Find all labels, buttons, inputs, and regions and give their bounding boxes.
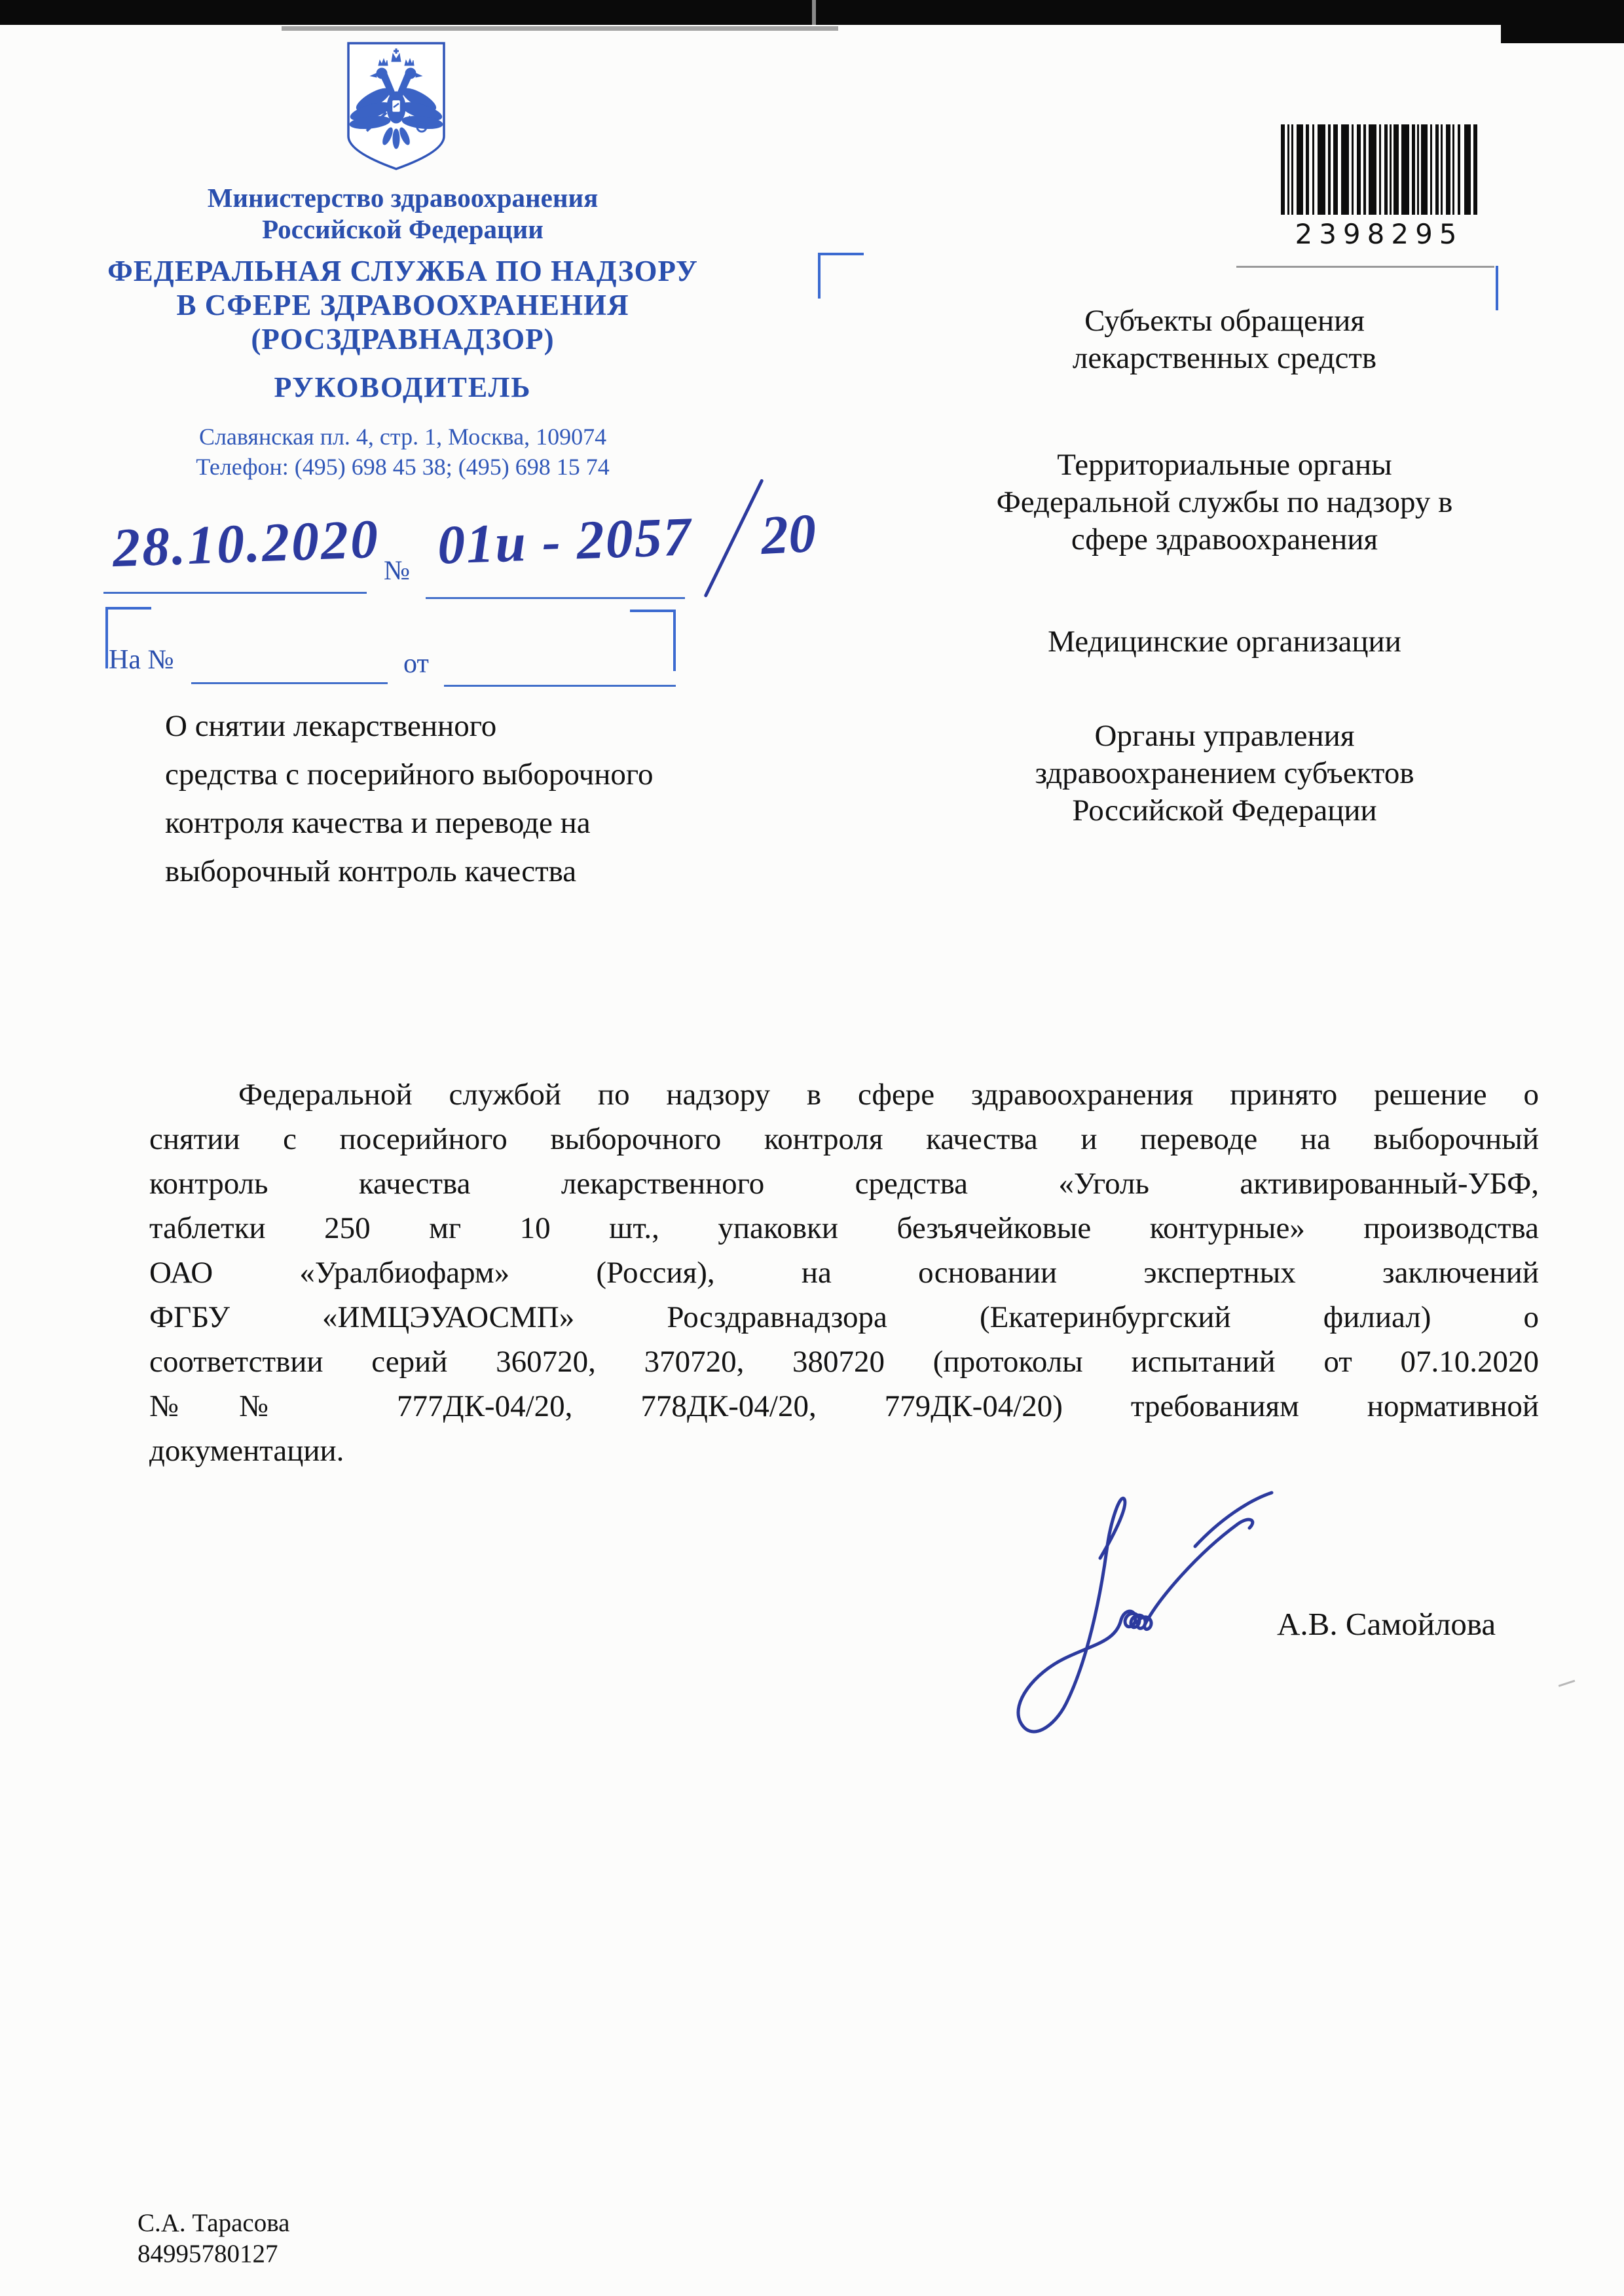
recipient-line: здравоохранением субъектов <box>917 755 1532 792</box>
subject-line: контроля качества и переводе на <box>165 799 728 847</box>
recipient-block-health-authorities: Органы управления здравоохранением субъе… <box>917 718 1532 829</box>
body-line: Федеральной службой по надзору в сфере з… <box>149 1072 1539 1117</box>
recipient-line: Российской Федерации <box>917 792 1532 829</box>
executor-phone: 84995780127 <box>138 2238 289 2269</box>
scan-edge-artifact <box>282 26 838 31</box>
subject-line: средства с посерийного выборочного <box>165 750 728 799</box>
recipient-line: Федеральной службы по надзору в <box>917 484 1532 521</box>
recipient-block-territorial: Территориальные органы Федеральной служб… <box>917 446 1532 558</box>
handwritten-slash-stroke <box>703 479 764 598</box>
recipient-block-subjects: Субъекты обращения лекарственных средств <box>917 302 1532 377</box>
coat-of-arms-emblem <box>341 39 452 173</box>
ministry-line2: Российской Федерации <box>79 213 727 245</box>
service-line2: В СФЕРЕ ЗДРАВООХРАНЕНИЯ <box>65 288 740 322</box>
executor-block: С.А. Тарасова 84995780127 <box>138 2208 289 2269</box>
corner-mark <box>630 610 676 671</box>
body-line: №№ 777ДК-04/20, 778ДК-04/20, 779ДК-04/20… <box>149 1384 1539 1429</box>
body-line: снятии с посерийного выборочного контрол… <box>149 1117 1539 1161</box>
scan-fold-line <box>1236 266 1494 268</box>
scan-edge-artifact <box>812 0 816 25</box>
body-line: ФГБУ «ИМЦЭУАОСМП» Росздравнадзора (Екате… <box>149 1295 1539 1339</box>
service-line1: ФЕДЕРАЛЬНАЯ СЛУЖБА ПО НАДЗОРУ <box>65 254 740 288</box>
subject-line: О снятии лекарственного <box>165 702 728 750</box>
recipient-line: Субъекты обращения <box>917 302 1532 340</box>
number-sign-label: № <box>384 555 410 587</box>
barcode-bars <box>1281 124 1477 215</box>
handwritten-date: 28.10.2020 <box>111 507 380 580</box>
date-underline <box>103 592 367 594</box>
handwritten-outgoing-number: 01и - 2057 <box>436 505 693 577</box>
barcode: 2398295 <box>1281 124 1477 250</box>
barcode-number: 2398295 <box>1281 218 1477 250</box>
subject-block: О снятии лекарственного средства с посер… <box>165 702 728 896</box>
service-line3: (РОСЗДРАВНАДЗОР) <box>65 322 740 356</box>
recipient-line: Территориальные органы <box>917 446 1532 484</box>
scan-mark-artifact <box>1557 1673 1576 1686</box>
corner-mark <box>818 253 864 299</box>
body-line: контроль качества лекарственного средств… <box>149 1161 1539 1206</box>
letterhead-phone: Телефон: (495) 698 45 38; (495) 698 15 7… <box>79 453 727 481</box>
position-title: РУКОВОДИТЕЛЬ <box>79 371 727 404</box>
letterhead-address: Славянская пл. 4, стр. 1, Москва, 109074 <box>79 423 727 450</box>
reply-from-label: от <box>403 648 429 680</box>
recipient-block-medical: Медицинские организации <box>917 623 1532 661</box>
reply-date-blank-line <box>444 685 676 687</box>
subject-line: выборочный контроль качества <box>165 847 728 896</box>
scanned-letter-page: Министерство здравоохранения Российской … <box>0 0 1624 2296</box>
recipient-line: Органы управления <box>917 718 1532 755</box>
scan-edge-artifact <box>1501 0 1624 43</box>
body-line: документации. <box>149 1429 1539 1473</box>
reply-number-blank-line <box>191 682 388 684</box>
signature-autograph <box>963 1486 1316 1768</box>
ministry-name: Министерство здравоохранения Российской … <box>79 182 727 245</box>
recipient-line: Медицинские организации <box>917 623 1532 661</box>
body-text: Федеральной службой по надзору в сфере з… <box>149 1072 1539 1473</box>
recipient-line: лекарственных средств <box>917 340 1532 377</box>
service-name: ФЕДЕРАЛЬНАЯ СЛУЖБА ПО НАДЗОРУ В СФЕРЕ ЗД… <box>65 254 740 356</box>
ministry-line1: Министерство здравоохранения <box>79 182 727 213</box>
number-underline <box>426 597 685 599</box>
recipient-line: сфере здравоохранения <box>917 521 1532 558</box>
executor-name: С.А. Тарасова <box>138 2208 289 2238</box>
corner-mark <box>105 607 151 668</box>
handwritten-number-suffix: 20 <box>760 501 818 568</box>
signer-name: А.В. Самойлова <box>1277 1605 1496 1643</box>
body-line: соответствии серий 360720, 370720, 38072… <box>149 1339 1539 1384</box>
body-line: ОАО «Уралбиофарм» (Россия), на основании… <box>149 1250 1539 1295</box>
body-line: таблетки 250 мг 10 шт., упаковки безъяче… <box>149 1206 1539 1250</box>
